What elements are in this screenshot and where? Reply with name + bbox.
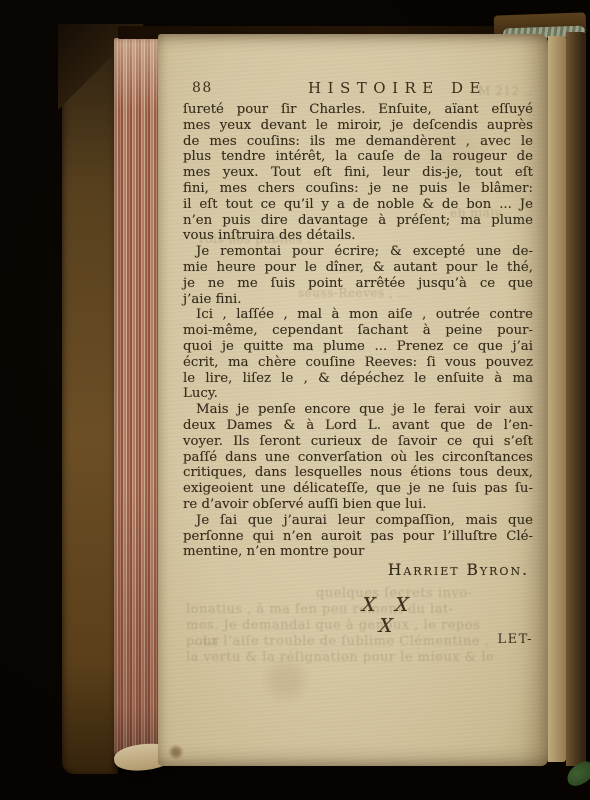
text-line: perſonne qui n’en auroit pas pour l’illu…	[183, 529, 533, 545]
fleuron-icon: X	[362, 594, 377, 616]
text-line: de mes couſins: ils me demandèrent , ave…	[183, 134, 533, 150]
text-line: paſſé dans une converſation où les circo…	[183, 450, 533, 466]
text-line: exigeoient une délicateſſe, que je ne ſu…	[183, 481, 533, 497]
text-line: voyer. Ils ſeront curieux de ſavoir ce q…	[183, 434, 533, 450]
facing-page-edge	[566, 32, 586, 766]
text-line: mie heure pour le dîner, & autant pour l…	[183, 260, 533, 276]
text-line: mes yeux devant le miroir, je deſcendis …	[183, 118, 533, 134]
fleuron-icon: X	[378, 615, 393, 637]
gutter-fold	[548, 36, 566, 762]
page-fore-edges	[114, 38, 164, 766]
running-title: HISTOIRE DE	[308, 79, 487, 97]
text-line: ſureté pour ſir Charles. Enſuite, aïant …	[183, 102, 533, 118]
text-line: je ne me ſuis point arrêtée jusqu’à ce q…	[183, 276, 533, 292]
text-line: plus tendre intérêt, la cauſe de la roug…	[183, 149, 533, 165]
fleuron-icon: X	[394, 594, 409, 616]
text-line: écrit, ma chère couſine Reeves: ſi vous …	[183, 355, 533, 371]
text-line: moi-même, cependant ſachant à peine pour…	[183, 323, 533, 339]
book-page: 88 HISTOIRE DE ſureté pour ſir Charles. …	[158, 34, 548, 766]
show-through-text: la vertu & la réſignation pour le mieux …	[186, 650, 494, 665]
text-line: deux Dames & à Lord L. avant que de l’en…	[183, 418, 533, 434]
text-line: quoi je quitte ma plume ... Prenez ce qu…	[183, 339, 533, 355]
text-line: il eſt tout ce qu’il y a de noble & de b…	[183, 197, 533, 213]
ornament-row-top: X X	[328, 594, 443, 616]
book-cover-left	[62, 26, 118, 774]
catchword: LET-	[497, 632, 533, 647]
text-line: mes yeux. Tout eſt fini, leur dis-je, to…	[183, 165, 533, 181]
page-number: 88	[192, 80, 213, 96]
text-line: mentine, n’en montre pour	[183, 544, 533, 560]
text-line: Je ſai que j’aurai leur compaſſion, mais…	[183, 513, 533, 529]
signature: Harriet Byron.	[183, 563, 533, 579]
text-line: Ici , laſſée , mal à mon aiſe , outrée c…	[183, 307, 533, 323]
photo-backdrop: 88 HISTOIRE DE ſureté pour ſir Charles. …	[0, 0, 590, 800]
text-line: re d’avoir obſervé auſſi bien que lui.	[183, 497, 533, 513]
ornament-row-bottom: X	[328, 615, 443, 637]
text-line: critiques, dans lesquelles nous étions t…	[183, 465, 533, 481]
text-line: Mais je penſe encore que je le ferai voi…	[183, 402, 533, 418]
body-text: ſureté pour ſir Charles. Enſuite, aïant …	[183, 102, 533, 579]
text-line: n’en puis dire davantage à préſent; ma p…	[183, 213, 533, 229]
text-line: Je remontai pour écrire; & excepté une d…	[183, 244, 533, 260]
text-line: j’aie fini.	[183, 292, 533, 308]
text-line: vous inſtruira des détails.	[183, 228, 533, 244]
text-line: le lire, liſez le , & dépéchez le enſuit…	[183, 371, 533, 387]
show-through-text: ..La	[194, 634, 219, 648]
text-line: fini, mes chers couſins: je ne puis le b…	[183, 181, 533, 197]
text-line: Lucy.	[183, 386, 533, 402]
